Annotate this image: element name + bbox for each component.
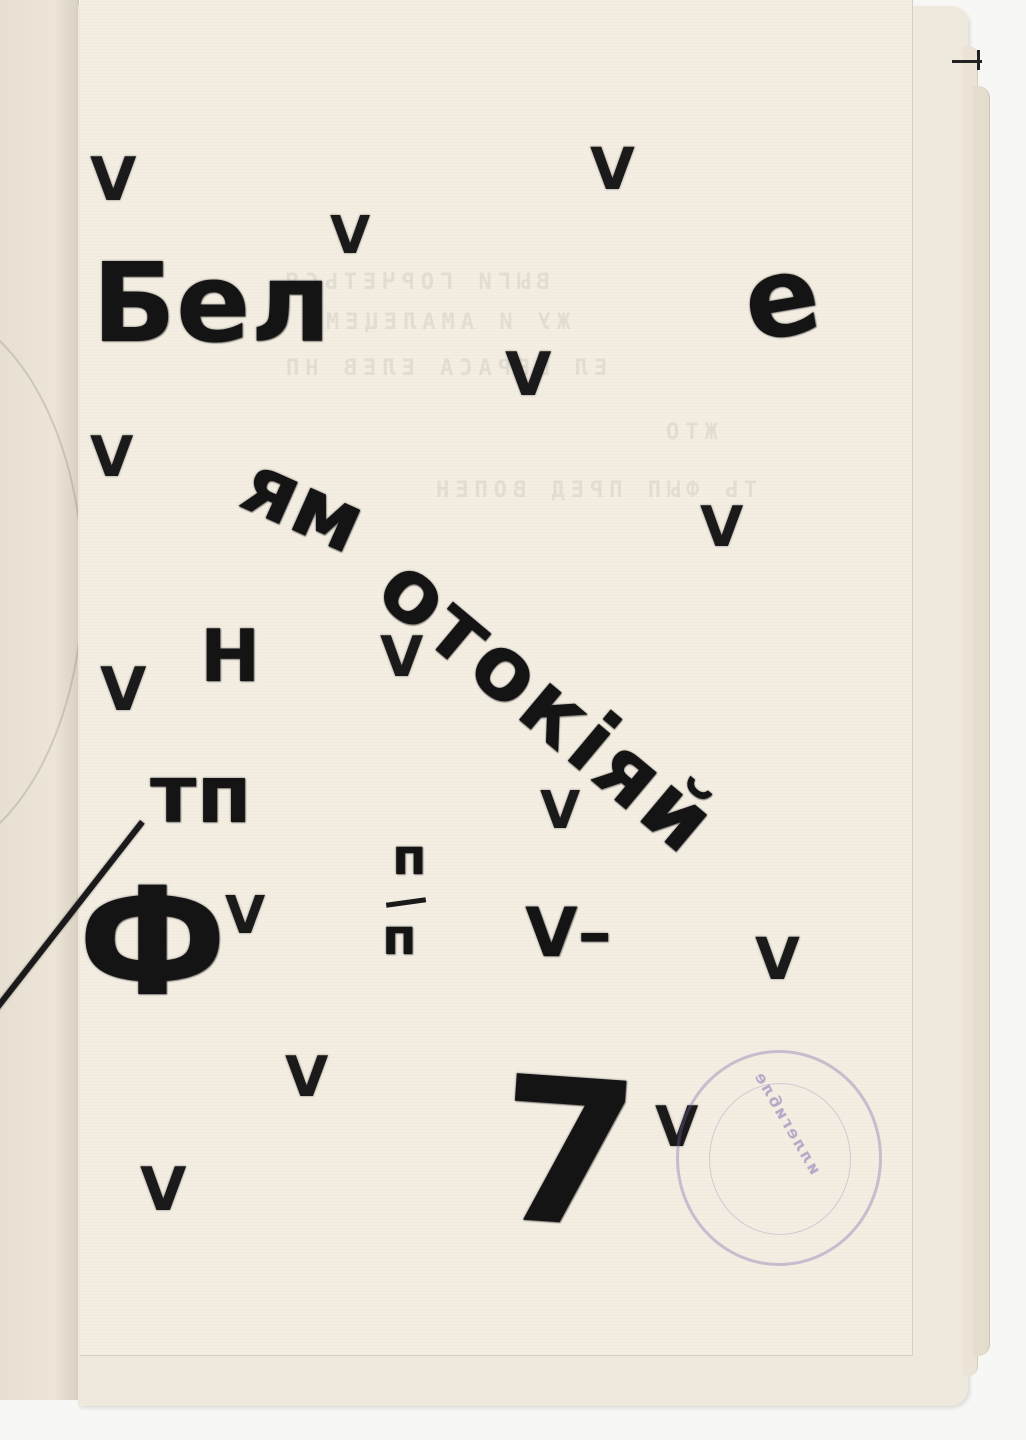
- v-mark: ꓦ: [285, 1050, 328, 1106]
- v-mark: ꓦ: [90, 150, 136, 210]
- v-mark: ꓦ: [330, 210, 370, 262]
- page-edge: [973, 86, 990, 1356]
- v-mark: ꓦ: [225, 890, 265, 942]
- left-facing-page: [0, 0, 79, 1400]
- show-through-text: ЖУ И АМАЛЕЦЕМ: [320, 310, 570, 335]
- v-mark: ꓦ: [540, 785, 580, 837]
- fraction-top: п: [392, 832, 427, 882]
- letter-n: Н: [200, 620, 260, 692]
- crop-mark: [977, 50, 980, 70]
- v-mark: ꓦ: [100, 660, 146, 720]
- v-mark: ꓦ: [140, 1160, 186, 1220]
- pencil-sketch-arc: [0, 300, 84, 864]
- library-stamp: иллегибле: [676, 1050, 882, 1266]
- v-mark: ꓦ: [700, 500, 743, 556]
- v-mark: ꓦ: [590, 140, 635, 198]
- letter-f: Ф: [78, 868, 227, 1018]
- letter-tp: тп: [150, 755, 252, 835]
- v-mark: ꓦ: [755, 930, 800, 988]
- letter-v-dash: V–: [525, 900, 612, 968]
- fraction-bottom: п: [382, 912, 417, 962]
- v-mark: ꓦ: [90, 430, 133, 486]
- v-mark: ꓦ: [380, 630, 423, 686]
- title-word-part1: Бел: [92, 248, 331, 358]
- v-mark: ꓦ: [505, 345, 551, 405]
- show-through-text: ЖТО: [660, 420, 718, 445]
- numeral-seven: 7: [491, 1050, 644, 1259]
